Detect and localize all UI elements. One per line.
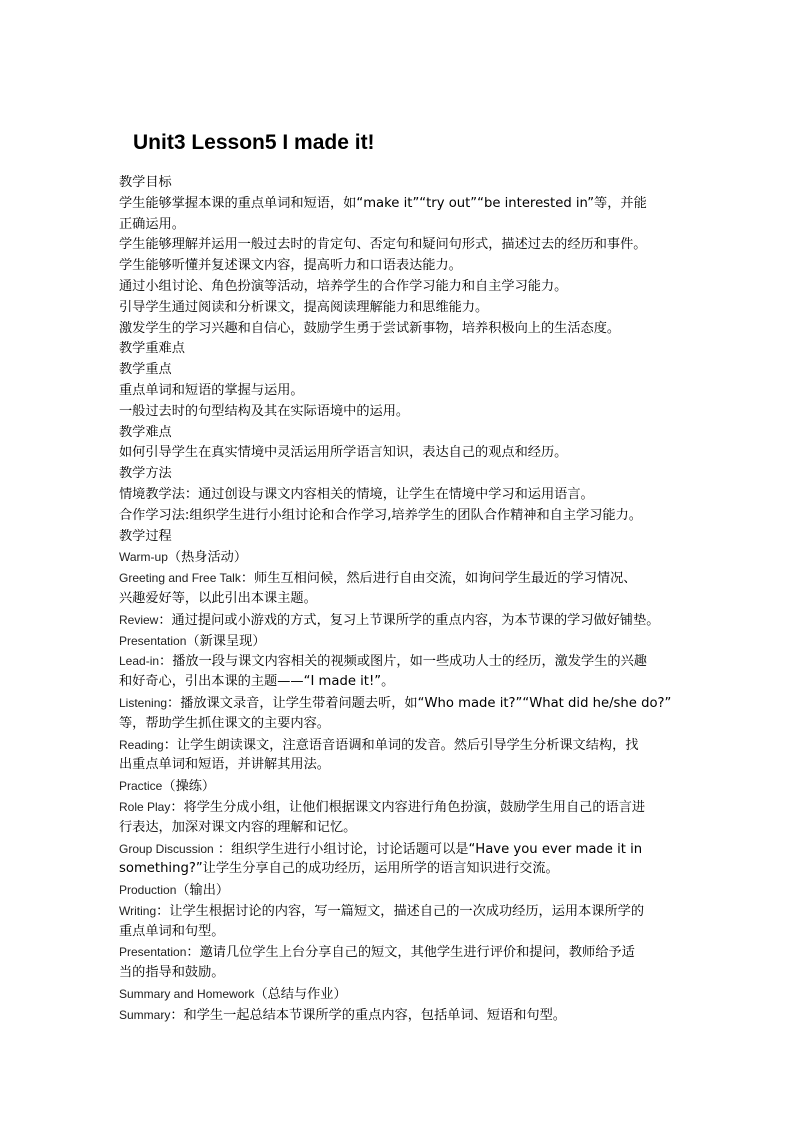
- paragraph-line: 当的指导和鼓励。: [119, 963, 679, 984]
- line-text: ：和学生一起总结本节课所学的重点内容，包括单词、短语和句型。: [170, 1008, 566, 1023]
- line-text: 重点单词和句型。: [119, 924, 225, 939]
- paragraph-line: Lead-in：播放一段与课文内容相关的视频或图片，如一些成功人士的经历，激发学…: [119, 651, 679, 672]
- line-text: （热身活动）: [168, 550, 247, 565]
- paragraph-line: Practice（操练）: [119, 776, 679, 797]
- line-text: 通过小组讨论、角色扮演等活动，培养学生的合作学习能力和自主学习能力。: [119, 279, 567, 294]
- line-text: 学生能够理解并运用一般过去时的肯定句、否定句和疑问句形式，描述过去的经历和事件。: [119, 237, 647, 252]
- line-label: Summary: [119, 1008, 170, 1022]
- paragraph-line: 学生能够掌握本课的重点单词和短语，如“make it”“try out”“be …: [119, 194, 679, 215]
- paragraph-line: 教学重点: [119, 360, 679, 381]
- line-label: Greeting and Free Talk: [119, 571, 241, 585]
- paragraph-line: Presentation：邀请几位学生上台分享自己的短文，其他学生进行评价和提问…: [119, 942, 679, 963]
- line-label: Practice: [119, 779, 162, 793]
- paragraph-line: 重点单词和句型。: [119, 922, 679, 943]
- line-text: 如何引导学生在真实情境中灵活运用所学语言知识，表达自己的观点和经历。: [119, 445, 567, 460]
- paragraph-line: 行表达，加深对课文内容的理解和记忆。: [119, 818, 679, 839]
- line-text: 兴趣爱好等，以此引出本课主题。: [119, 591, 317, 606]
- paragraph-line: 教学重难点: [119, 339, 679, 360]
- paragraph-line: 通过小组讨论、角色扮演等活动，培养学生的合作学习能力和自主学习能力。: [119, 277, 679, 298]
- line-label: Listening: [119, 696, 167, 710]
- line-text: ：邀请几位学生上台分享自己的短文，其他学生进行评价和提问，教师给予适: [186, 945, 634, 960]
- paragraph-line: Role Play：将学生分成小组，让他们根据课文内容进行角色扮演，鼓励学生用自…: [119, 797, 679, 818]
- paragraph-line: Production（输出）: [119, 880, 679, 901]
- line-label: Reading: [119, 738, 164, 752]
- line-text: 情境教学法：通过创设与课文内容相关的情境，让学生在情境中学习和运用语言。: [119, 487, 594, 502]
- paragraph-line: 引导学生通过阅读和分析课文，提高阅读理解能力和思维能力。: [119, 298, 679, 319]
- line-text: （新课呈现）: [186, 634, 265, 649]
- paragraph-line: 正确运用。: [119, 215, 679, 236]
- line-text: 教学目标: [119, 175, 172, 190]
- line-text: 合作学习法:组织学生进行小组讨论和合作学习,培养学生的团队合作精神和自主学习能力…: [119, 508, 642, 523]
- paragraph-line: 等，帮助学生抓住课文的主要内容。: [119, 714, 679, 735]
- paragraph-line: 重点单词和短语的掌握与运用。: [119, 381, 679, 402]
- line-text: something?”让学生分享自己的成功经历，运用所学的语言知识进行交流。: [119, 861, 559, 876]
- line-text: 学生能够听懂并复述课文内容，提高听力和口语表达能力。: [119, 258, 462, 273]
- line-text: ：师生互相问候，然后进行自由交流，如询问学生最近的学习情况、: [241, 571, 637, 586]
- paragraph-line: Group Discussion ：组织学生进行小组讨论，讨论话题可以是“Hav…: [119, 839, 679, 860]
- line-label: Production: [119, 883, 176, 897]
- document-page: Unit3 Lesson5 I made it! 教学目标学生能够掌握本课的重点…: [0, 0, 794, 1123]
- line-label: Warm-up: [119, 550, 168, 564]
- line-text: 重点单词和短语的掌握与运用。: [119, 383, 304, 398]
- line-label: Role Play: [119, 800, 170, 814]
- line-text: （输出）: [176, 883, 229, 898]
- paragraph-line: something?”让学生分享自己的成功经历，运用所学的语言知识进行交流。: [119, 859, 679, 880]
- line-label: Presentation: [119, 634, 186, 648]
- line-text: 正确运用。: [119, 217, 185, 232]
- line-label: Review: [119, 613, 158, 627]
- paragraph-line: Review：通过提问或小游戏的方式，复习上节课所学的重点内容，为本节课的学习做…: [119, 610, 679, 631]
- line-text: （总结与作业）: [254, 987, 346, 1002]
- line-label: Writing: [119, 904, 156, 918]
- line-label: Lead-in: [119, 654, 159, 668]
- line-text: 学生能够掌握本课的重点单词和短语，如“make it”“try out”“be …: [119, 196, 647, 211]
- line-text: 和好奇心，引出本课的主题——“I made it!”。: [119, 674, 394, 689]
- line-text: 教学重难点: [119, 341, 185, 356]
- paragraph-line: Listening：播放课文录音，让学生带着问题去听，如“Who made it…: [119, 693, 679, 714]
- paragraph-line: 兴趣爱好等，以此引出本课主题。: [119, 589, 679, 610]
- paragraph-line: Reading：让学生朗读课文，注意语音语调和单词的发音。然后引导学生分析课文结…: [119, 735, 679, 756]
- line-text: 教学重点: [119, 362, 172, 377]
- line-text: 行表达，加深对课文内容的理解和记忆。: [119, 820, 356, 835]
- paragraph-line: 如何引导学生在真实情境中灵活运用所学语言知识，表达自己的观点和经历。: [119, 443, 679, 464]
- paragraph-line: Presentation（新课呈现）: [119, 631, 679, 652]
- paragraph-line: Warm-up（热身活动）: [119, 547, 679, 568]
- paragraph-line: 学生能够听懂并复述课文内容，提高听力和口语表达能力。: [119, 256, 679, 277]
- line-text: ：组织学生进行小组讨论，讨论话题可以是“Have you ever made i…: [214, 842, 642, 857]
- paragraph-line: Writing：让学生根据讨论的内容，写一篇短文，描述自己的一次成功经历，运用本…: [119, 901, 679, 922]
- paragraph-line: 学生能够理解并运用一般过去时的肯定句、否定句和疑问句形式，描述过去的经历和事件。: [119, 235, 679, 256]
- document-body: 教学目标学生能够掌握本课的重点单词和短语，如“make it”“try out”…: [119, 173, 679, 1026]
- line-text: ：将学生分成小组，让他们根据课文内容进行角色扮演，鼓励学生用自己的语言进: [170, 800, 645, 815]
- line-text: 教学方法: [119, 466, 172, 481]
- paragraph-line: Greeting and Free Talk：师生互相问候，然后进行自由交流，如…: [119, 568, 679, 589]
- line-text: （操练）: [162, 779, 215, 794]
- line-text: ：播放一段与课文内容相关的视频或图片，如一些成功人士的经历，激发学生的兴趣: [159, 654, 647, 669]
- line-text: 当的指导和鼓励。: [119, 965, 225, 980]
- line-text: ：让学生朗读课文，注意语音语调和单词的发音。然后引导学生分析课文结构，找: [164, 738, 639, 753]
- line-text: 一般过去时的句型结构及其在实际语境中的运用。: [119, 404, 409, 419]
- document-title: Unit3 Lesson5 I made it!: [133, 128, 375, 158]
- line-text: ：让学生根据讨论的内容，写一篇短文，描述自己的一次成功经历，运用本课所学的: [156, 904, 644, 919]
- paragraph-line: Summary and Homework（总结与作业）: [119, 984, 679, 1005]
- line-text: 教学过程: [119, 529, 172, 544]
- line-text: 出重点单词和短语，并讲解其用法。: [119, 757, 330, 772]
- paragraph-line: 教学方法: [119, 464, 679, 485]
- line-label: Presentation: [119, 945, 186, 959]
- line-text: 引导学生通过阅读和分析课文，提高阅读理解能力和思维能力。: [119, 300, 488, 315]
- paragraph-line: Summary：和学生一起总结本节课所学的重点内容，包括单词、短语和句型。: [119, 1005, 679, 1026]
- line-text: ：播放课文录音，让学生带着问题去听，如“Who made it?”“What d…: [167, 696, 671, 711]
- paragraph-line: 和好奇心，引出本课的主题——“I made it!”。: [119, 672, 679, 693]
- paragraph-line: 合作学习法:组织学生进行小组讨论和合作学习,培养学生的团队合作精神和自主学习能力…: [119, 506, 679, 527]
- line-label: Group Discussion: [119, 842, 214, 856]
- paragraph-line: 教学过程: [119, 527, 679, 548]
- line-text: 教学难点: [119, 425, 172, 440]
- paragraph-line: 情境教学法：通过创设与课文内容相关的情境，让学生在情境中学习和运用语言。: [119, 485, 679, 506]
- line-text: 激发学生的学习兴趣和自信心，鼓励学生勇于尝试新事物，培养积极向上的生活态度。: [119, 321, 620, 336]
- line-label: Summary and Homework: [119, 987, 254, 1001]
- paragraph-line: 一般过去时的句型结构及其在实际语境中的运用。: [119, 402, 679, 423]
- line-text: 等，帮助学生抓住课文的主要内容。: [119, 716, 330, 731]
- line-text: ：通过提问或小游戏的方式，复习上节课所学的重点内容，为本节课的学习做好铺垫。: [158, 613, 659, 628]
- paragraph-line: 出重点单词和短语，并讲解其用法。: [119, 755, 679, 776]
- paragraph-line: 激发学生的学习兴趣和自信心，鼓励学生勇于尝试新事物，培养积极向上的生活态度。: [119, 319, 679, 340]
- paragraph-line: 教学目标: [119, 173, 679, 194]
- paragraph-line: 教学难点: [119, 423, 679, 444]
